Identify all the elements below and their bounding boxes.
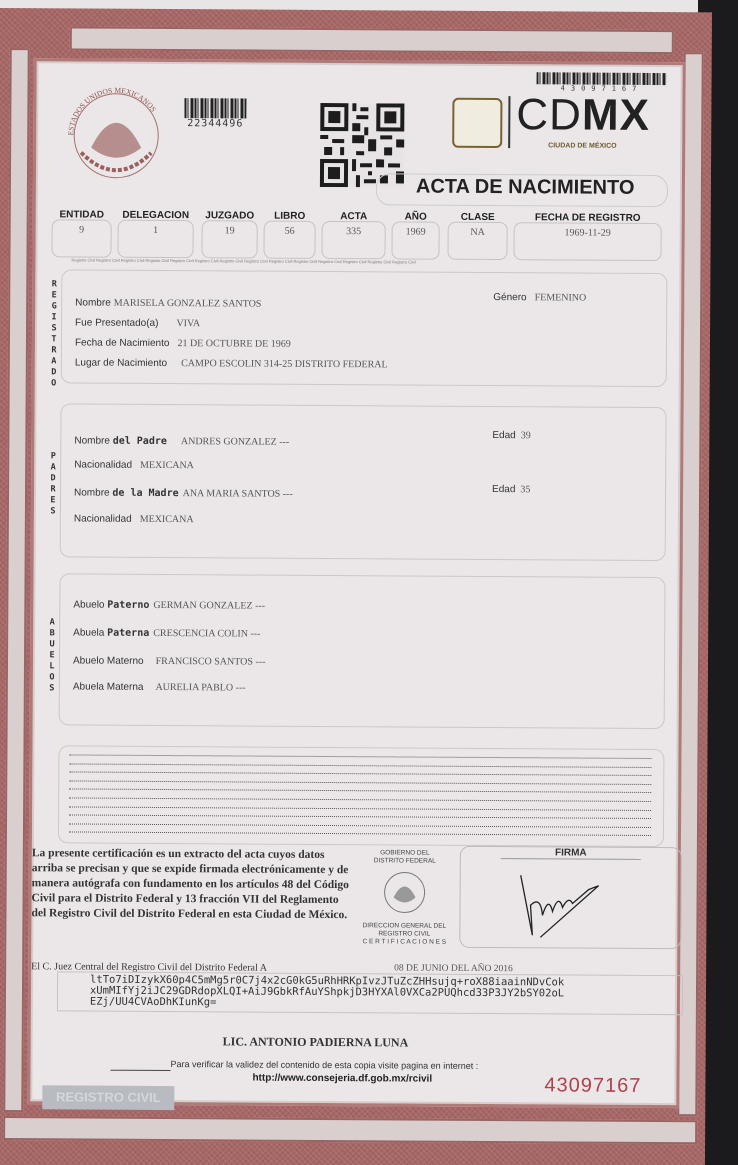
registro-civil-stamp: REGISTRO CIVIL (42, 1085, 174, 1110)
section-padres (60, 403, 667, 561)
signature-box: FIRMA (459, 846, 682, 949)
field-presentado: Fue Presentado(a)VIVA (75, 317, 200, 329)
field-abuelo-materno: Abuelo MaternoFRANCISCO SANTOS --- (73, 655, 266, 667)
barcode-left: 22344496 (184, 98, 246, 129)
annotations-area (58, 745, 665, 847)
field-genero: GéneroFEMENINO (493, 292, 586, 304)
left-ornament-band (3, 48, 29, 1112)
certificate-body: ESTADOS UNIDOS MEXICANOS 22344496 43097 (27, 58, 685, 1108)
dotted-line (69, 754, 651, 759)
field-padre: Nombre del PadreANDRES GONZALEZ --- (74, 435, 289, 447)
dotted-line (69, 832, 651, 837)
registro-value: NA (448, 227, 508, 238)
divider (111, 1070, 171, 1071)
field-madre-edad: Edad35 (492, 484, 530, 495)
top-ornament-band (70, 26, 674, 54)
section-abuelos (59, 573, 666, 729)
dotted-line (69, 772, 651, 777)
field-fecha-nacimiento: Fecha de Nacimiento21 DE OCTUBRE DE 1969 (75, 337, 291, 349)
signature-label: FIRMA (501, 847, 641, 860)
side-label-registrado: REGISTRADO (49, 279, 60, 389)
side-label-abuelos: ABUELOS (47, 617, 57, 694)
logo-subtitle: CIUDAD DE MÉXICO (548, 142, 616, 149)
document-title: ACTA DE NACIMIENTO (416, 176, 635, 200)
registro-value: 56 (264, 226, 316, 237)
dotted-line (69, 797, 651, 802)
bottom-ornament-band (3, 1116, 697, 1144)
dotted-line (69, 789, 651, 794)
field-padre-edad: Edad39 (492, 430, 530, 441)
field-madre: Nombre de la MadreANA MARIA SANTOS --- (74, 487, 293, 499)
side-label-padres: PADRES (48, 451, 58, 517)
dotted-line (69, 763, 651, 768)
dotted-line (69, 823, 651, 828)
registro-value: 1 (118, 225, 194, 236)
registro-cell-juzgado: JUZGADO19 (201, 210, 257, 256)
logo-text-bold: MX (582, 91, 650, 140)
civil-registry-seal-icon (381, 869, 427, 915)
registration-data-row: ENTIDAD9DELEGACION1JUZGADO19LIBRO56ACTA3… (51, 209, 661, 261)
electronic-signature-box: ltTo7iDIzykX60p4C5mMg5r0C7j4x2cG0kG5uRhH… (57, 971, 683, 1015)
field-padre-nacionalidad: NacionalidadMEXICANA (74, 459, 194, 471)
dotted-line (69, 815, 651, 820)
verification-text: Para verificar la validez del contenido … (171, 1059, 479, 1071)
official-name: LIC. ANTONIO PADIERNA LUNA (223, 1034, 409, 1050)
field-lugar-nacimiento: Lugar de NacimientoCAMPO ESCOLIN 314-25 … (75, 357, 388, 370)
cdmx-logo: CDMX CIUDAD DE MÉXICO (452, 94, 672, 155)
birth-certificate: ESTADOS UNIDOS MEXICANOS 22344496 43097 (0, 8, 712, 1165)
certification-text: La presente certificación es un extracto… (31, 846, 353, 923)
verification-url[interactable]: http://www.consejeria.df.gob.mx/rcivil (252, 1073, 432, 1085)
registro-cell-fecha-de-registro: FECHA DE REGISTRO1969-11-29 (513, 212, 661, 259)
gobierno-seal: GOBIERNO DEL DISTRITO FEDERAL DIRECCION … (349, 849, 460, 947)
field-madre-nacionalidad: NacionalidadMEXICANA (74, 513, 194, 525)
logo-text-light: CD (516, 90, 582, 139)
field-abuela-materna: Abuela MaternaAURELIA PABLO --- (73, 681, 246, 693)
national-seal-icon: ESTADOS UNIDOS MEXICANOS (61, 77, 172, 188)
registro-value: 19 (202, 225, 258, 236)
cdmx-emblem-icon (452, 98, 502, 148)
registro-value: 335 (322, 226, 386, 237)
registro-cell-clase: CLASENA (447, 212, 507, 258)
field-nombre: NombreMARISELA GONZALEZ SANTOS (75, 297, 261, 309)
barcode-number: 22344496 (184, 118, 246, 129)
registro-cell-entidad: ENTIDAD9 (51, 209, 111, 255)
registro-cell-delegacion: DELEGACION1 (117, 210, 193, 256)
electronic-signature: ltTo7iDIzykX60p4C5mMg5r0C7j4x2cG0kG5uRhH… (90, 975, 564, 1011)
issue-date: 08 DE JUNIO DEL AÑO 2016 (394, 963, 513, 974)
registro-cell-año: AÑO1969 (391, 211, 439, 257)
registro-value: 1969-11-29 (514, 227, 662, 239)
field-abuela-paterna: Abuela PaternaCRESCENCIA COLIN --- (73, 627, 260, 639)
handwritten-signature (510, 865, 620, 942)
registro-cell-libro: LIBRO56 (263, 211, 315, 257)
registro-cell-acta: ACTA335 (321, 211, 385, 257)
dotted-line (69, 806, 651, 811)
registro-value: 1969 (392, 226, 440, 237)
registro-value: 9 (52, 224, 112, 235)
folio-number: 43097167 (544, 1074, 641, 1098)
dotted-line (69, 780, 651, 785)
field-abuelo-paterno: Abuelo PaternoGERMAN GONZALEZ --- (73, 599, 265, 611)
